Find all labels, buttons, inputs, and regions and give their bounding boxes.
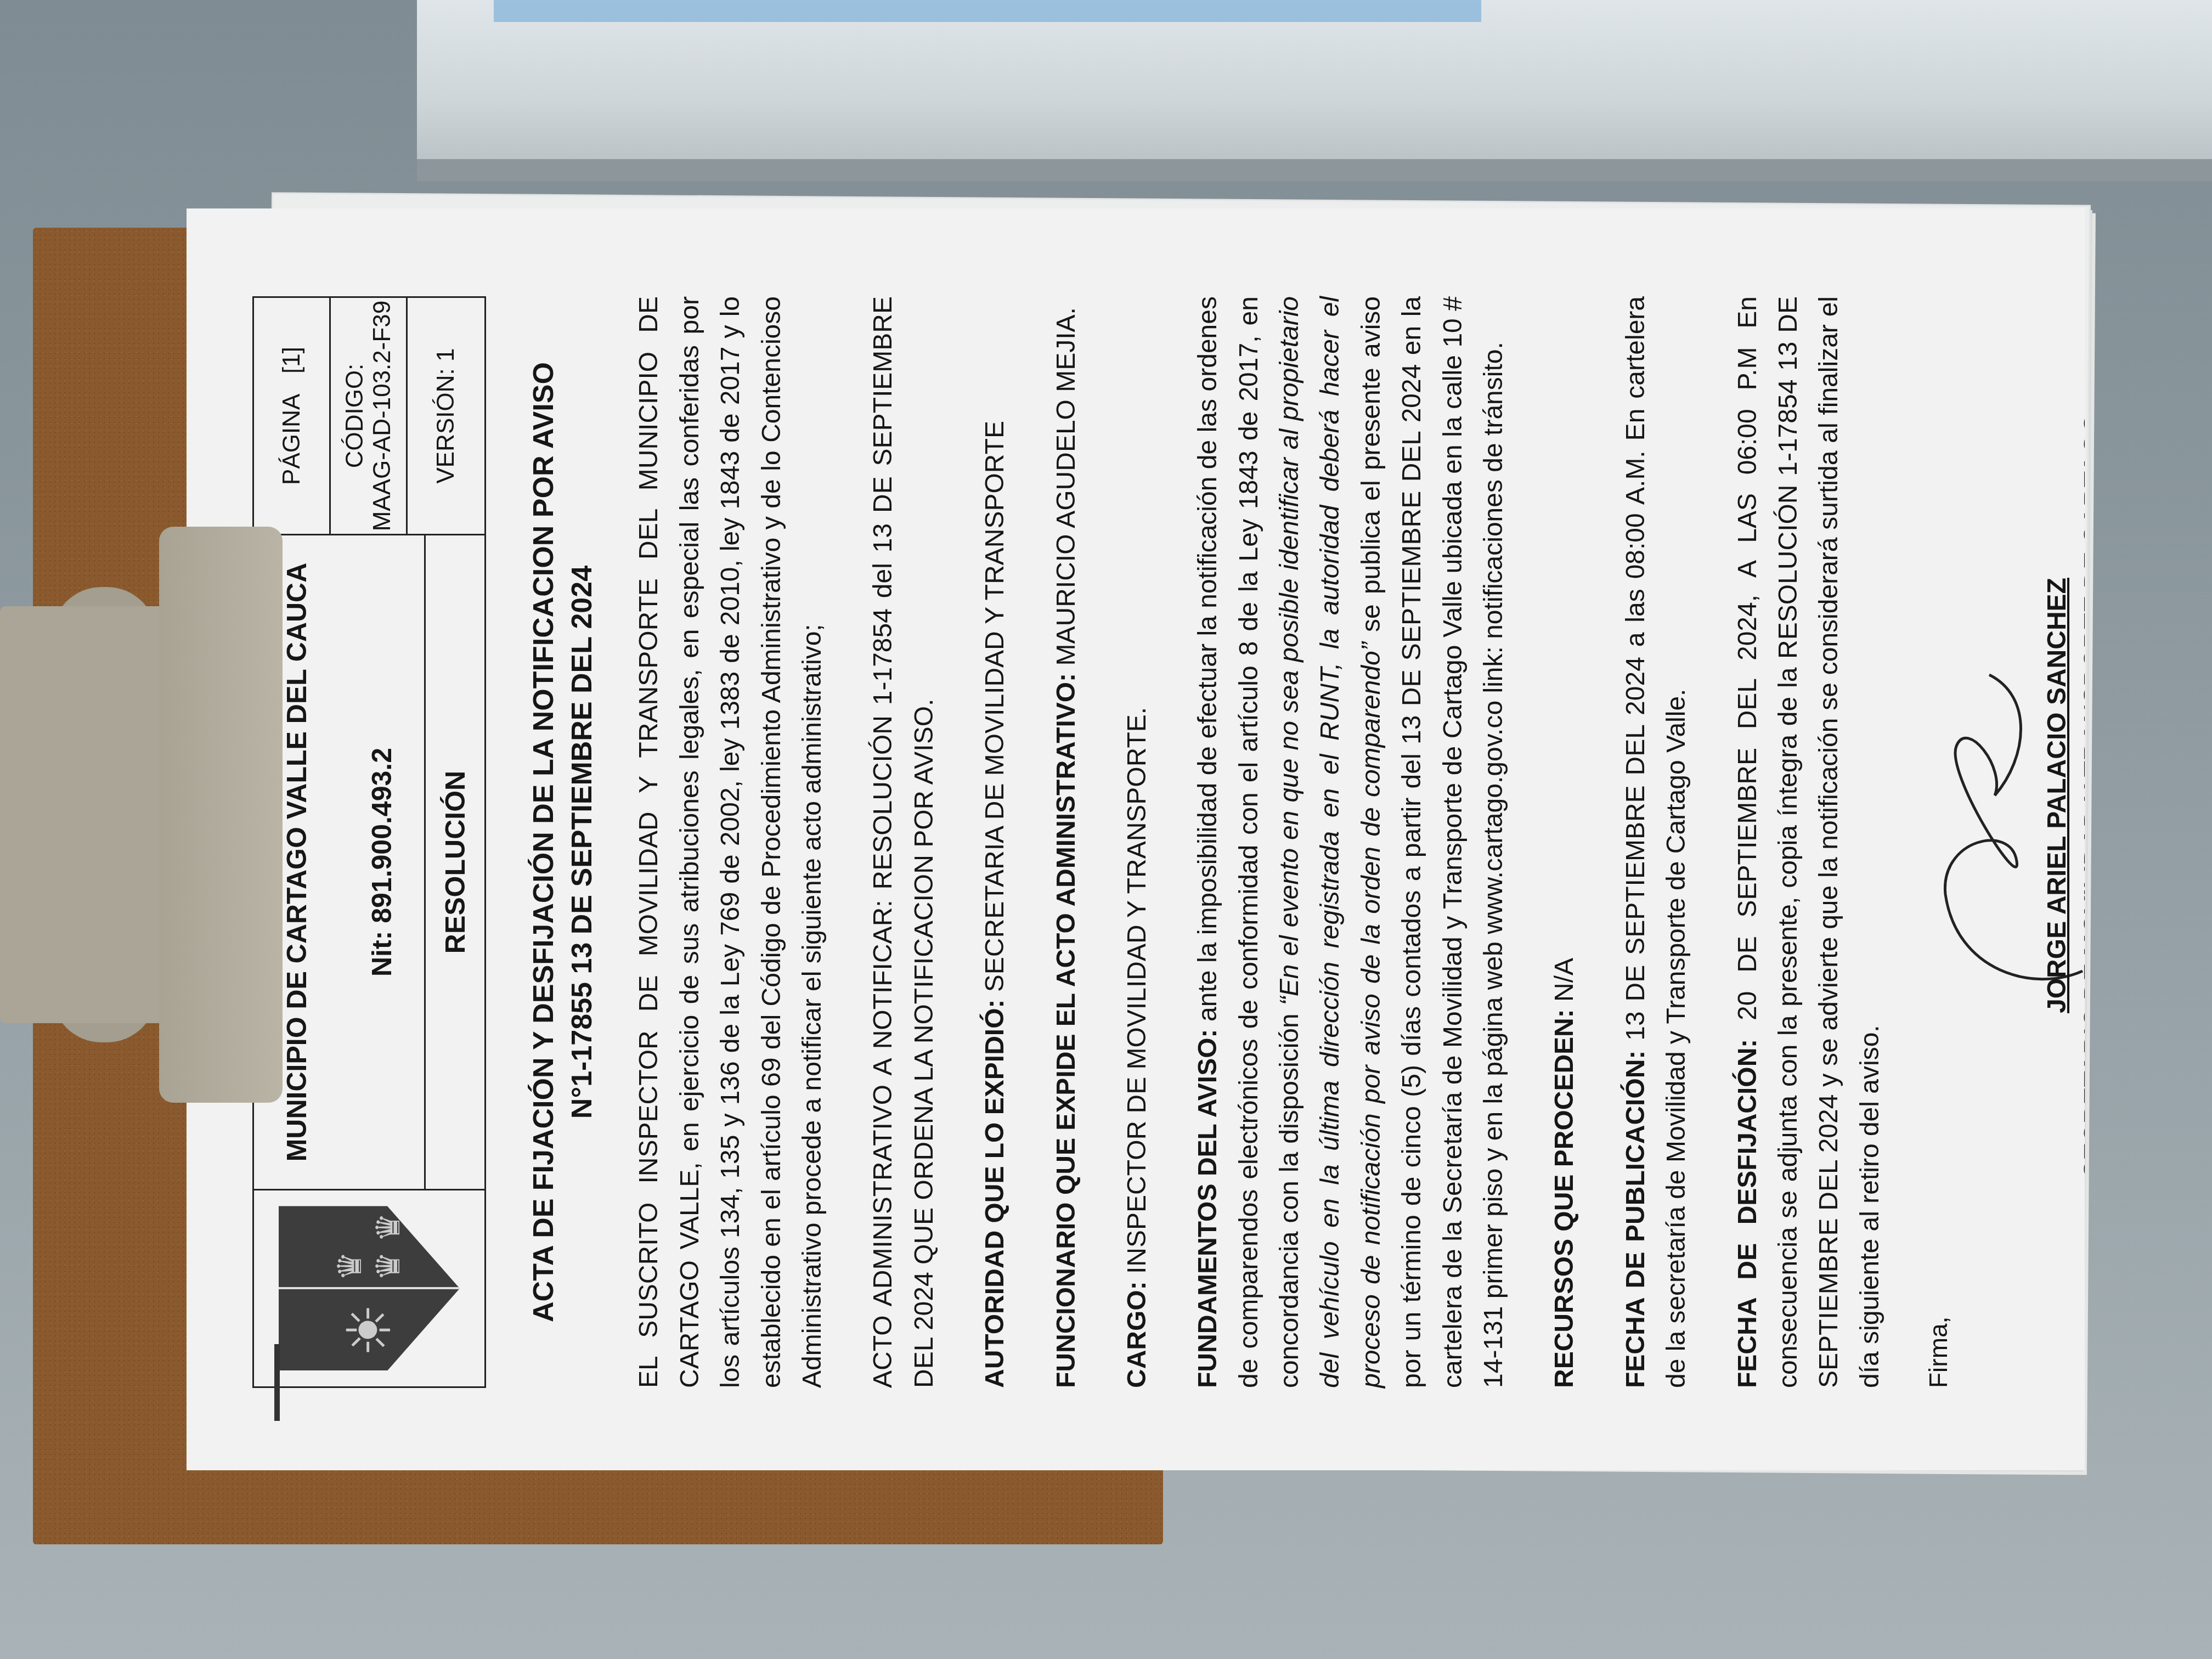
cargo-paragraph: CARGO: INSPECTOR DE MOVILIDAD Y TRANSPOR… xyxy=(1117,296,1158,1388)
page-label: PÁGINA xyxy=(278,394,306,485)
document-page: ☀ ♛♛ ♛ MUNICIPIO DE CARTAGO VALLE DEL CA… xyxy=(187,208,2085,1470)
publicacion-label: FECHA DE PUBLICACIÓN: xyxy=(1621,1051,1650,1388)
signatory-name: JORGE ARIEL PALACIO SANCHEZ xyxy=(2039,411,2075,1180)
document-content: ☀ ♛♛ ♛ MUNICIPIO DE CARTAGO VALLE DEL CA… xyxy=(187,208,2085,1470)
desfijacion-label: FECHA DE DESFIJACIÓN: xyxy=(1733,1039,1762,1388)
code-value: MAAG-AD-103.2-F39 xyxy=(369,301,396,532)
acto-paragraph: ACTO ADMINISTRATIVO A NOTIFICAR: RESOLUC… xyxy=(863,296,945,1388)
page-value: [1] xyxy=(278,347,306,374)
firma-label: Firma, xyxy=(1923,1317,1953,1388)
signatory: JORGE ARIEL PALACIO SANCHEZ SECRETARIO D… xyxy=(2039,411,2085,1180)
sun-icon: ☀ xyxy=(279,1288,460,1371)
funcionario-paragraph: FUNCIONARIO QUE EXPIDE EL ACTO ADMINISTR… xyxy=(1046,296,1087,1388)
shield-icon: ☀ ♛♛ ♛ xyxy=(279,1206,460,1371)
publicacion-paragraph: FECHA DE PUBLICACIÓN: 13 DE SEPTIEMBRE D… xyxy=(1616,296,1697,1388)
fundamentos-label: FUNDAMENTOS DEL AVISO: xyxy=(1193,1029,1222,1388)
pushpin-icon xyxy=(274,1344,280,1421)
clip-base xyxy=(0,606,165,1023)
clipboard-clip xyxy=(0,527,285,1103)
document-type: RESOLUCIÓN xyxy=(424,535,484,1189)
autoridad-paragraph: AUTORIDAD QUE LO EXPIDIÓ: SECRETARIA DE … xyxy=(975,296,1015,1388)
recursos-label: RECURSOS QUE PROCEDEN: xyxy=(1550,1009,1579,1388)
funcionario-value: MAURICIO AGUDELO MEJIA. xyxy=(1052,307,1081,665)
intro-paragraph: EL SUSCRITO INSPECTOR DE MOVILIDAD Y TRA… xyxy=(629,296,833,1388)
code-label: CÓDIGO: xyxy=(341,364,369,469)
cargo-value: INSPECTOR DE MOVILIDAD Y TRANSPORTE. xyxy=(1122,707,1152,1274)
background-blue-object xyxy=(494,0,1481,22)
version: VERSIÓN: 1 xyxy=(408,298,484,534)
background-shelf xyxy=(417,0,2212,165)
header-meta: PÁGINA [1] CÓDIGO:MAAG-AD-103.2-F39 VERS… xyxy=(254,298,484,534)
document-title: ACTA DE FIJACIÓN Y DESFIJACIÓN DE LA NOT… xyxy=(524,296,601,1388)
shelf-edge xyxy=(417,159,2212,181)
desfijacion-paragraph: FECHA DE DESFIJACIÓN: 20 DE SEPTIEMBRE D… xyxy=(1728,296,1891,1388)
crowns-icon: ♛♛ ♛ xyxy=(279,1206,460,1288)
fundamentos-paragraph: FUNDAMENTOS DEL AVISO: ante la imposibil… xyxy=(1188,296,1514,1388)
funcionario-label: FUNCIONARIO QUE EXPIDE EL ACTO ADMINISTR… xyxy=(1052,673,1081,1388)
document-header-table: ☀ ♛♛ ♛ MUNICIPIO DE CARTAGO VALLE DEL CA… xyxy=(252,296,486,1388)
clip-lever xyxy=(159,527,283,1103)
header-center: MUNICIPIO DE CARTAGO VALLE DEL CAUCA Nit… xyxy=(254,534,484,1189)
title-line-1: ACTA DE FIJACIÓN Y DESFIJACIÓN DE LA NOT… xyxy=(524,296,563,1388)
title-line-2: N°1-17855 13 DE SEPTIEMBRE DEL 2024 xyxy=(563,296,601,1388)
recursos-value: N/A xyxy=(1550,958,1579,1002)
nit-number: Nit: 891.900.493.2 xyxy=(339,535,424,1189)
recursos-paragraph: RECURSOS QUE PROCEDEN: N/A xyxy=(1544,296,1585,1388)
signature-block: Firma, JORGE ARIEL PALACIO SANCHEZ SECRE… xyxy=(1923,296,2085,1388)
autoridad-label: AUTORIDAD QUE LO EXPIDIÓ: xyxy=(980,1000,1009,1389)
autoridad-value: SECRETARIA DE MOVILIDAD Y TRANSPORTE xyxy=(980,421,1009,992)
cargo-label: CARGO: xyxy=(1122,1281,1152,1388)
code-cell: CÓDIGO:MAAG-AD-103.2-F39 xyxy=(331,298,408,534)
page-number: PÁGINA [1] xyxy=(254,298,331,534)
coat-of-arms: ☀ ♛♛ ♛ xyxy=(254,1189,484,1386)
signatory-position: SECRETARIO DE MOVILIDAD Y TRANSPORTE DE … xyxy=(2075,411,2085,1180)
